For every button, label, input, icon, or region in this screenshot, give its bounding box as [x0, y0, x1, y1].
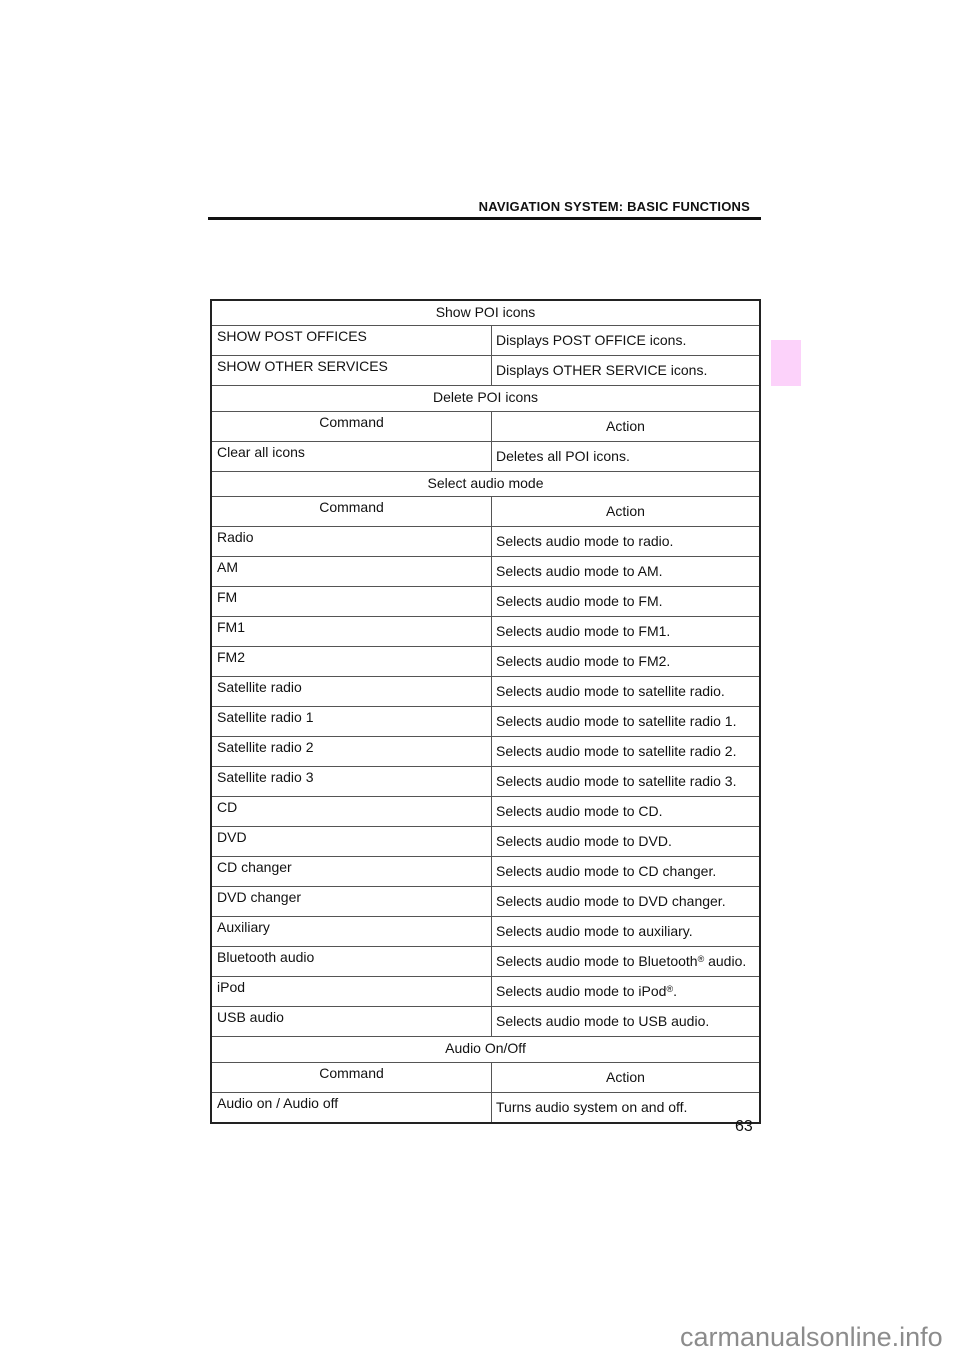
- column-header-command: Command: [211, 1062, 492, 1092]
- action-cell: Turns audio system on and off.: [492, 1092, 761, 1123]
- action-cell: Selects audio mode to FM.: [492, 587, 761, 617]
- table-row: RadioSelects audio mode to radio.: [211, 527, 760, 557]
- table-row: FMSelects audio mode to FM.: [211, 587, 760, 617]
- command-cell: AM: [211, 557, 492, 587]
- section-header-row: Select audio mode: [211, 471, 760, 496]
- action-cell: Displays POST OFFICE icons.: [492, 326, 761, 356]
- table-row: CDSelects audio mode to CD.: [211, 797, 760, 827]
- command-cell: FM: [211, 587, 492, 617]
- action-cell: Selects audio mode to satellite radio 3.: [492, 767, 761, 797]
- table-row: CD changerSelects audio mode to CD chang…: [211, 857, 760, 887]
- action-cell: Selects audio mode to satellite radio 1.: [492, 707, 761, 737]
- section-title: Show POI icons: [211, 300, 760, 326]
- header-rule: [208, 217, 761, 220]
- section-header-row: Show POI icons: [211, 300, 760, 326]
- command-cell: Bluetooth audio: [211, 947, 492, 977]
- column-header-action: Action: [492, 411, 761, 441]
- column-header-command: Command: [211, 497, 492, 527]
- command-cell: Auxiliary: [211, 917, 492, 947]
- action-cell: Selects audio mode to DVD changer.: [492, 887, 761, 917]
- column-header-action: Action: [492, 497, 761, 527]
- command-cell: DVD: [211, 827, 492, 857]
- table-row: iPodSelects audio mode to iPod®.: [211, 977, 760, 1007]
- action-cell: Displays OTHER SERVICE icons.: [492, 356, 761, 386]
- command-cell: USB audio: [211, 1007, 492, 1037]
- action-cell: Deletes all POI icons.: [492, 441, 761, 471]
- table-row: Audio on / Audio offTurns audio system o…: [211, 1092, 760, 1123]
- table-row: DVD changerSelects audio mode to DVD cha…: [211, 887, 760, 917]
- section-header-row: Delete POI icons: [211, 386, 760, 411]
- command-cell: iPod: [211, 977, 492, 1007]
- table-row: FM2Selects audio mode to FM2.: [211, 647, 760, 677]
- table-row: AMSelects audio mode to AM.: [211, 557, 760, 587]
- column-header-row: CommandAction: [211, 411, 760, 441]
- section-title: Delete POI icons: [211, 386, 760, 411]
- command-cell: SHOW OTHER SERVICES: [211, 356, 492, 386]
- action-cell: Selects audio mode to CD.: [492, 797, 761, 827]
- command-cell: Satellite radio: [211, 677, 492, 707]
- command-cell: Satellite radio 3: [211, 767, 492, 797]
- table-row: SHOW POST OFFICESDisplays POST OFFICE ic…: [211, 326, 760, 356]
- column-header-command: Command: [211, 411, 492, 441]
- command-cell: SHOW POST OFFICES: [211, 326, 492, 356]
- watermark: carmanualsonline.info: [680, 1322, 943, 1353]
- table-row: Satellite radio 3Selects audio mode to s…: [211, 767, 760, 797]
- action-cell: Selects audio mode to satellite radio 2.: [492, 737, 761, 767]
- command-cell: FM2: [211, 647, 492, 677]
- table-row: Bluetooth audioSelects audio mode to Blu…: [211, 947, 760, 977]
- table-row: DVDSelects audio mode to DVD.: [211, 827, 760, 857]
- action-cell: Selects audio mode to radio.: [492, 527, 761, 557]
- action-cell: Selects audio mode to FM1.: [492, 617, 761, 647]
- section-header-row: Audio On/Off: [211, 1037, 760, 1062]
- action-cell: Selects audio mode to USB audio.: [492, 1007, 761, 1037]
- table-row: AuxiliarySelects audio mode to auxiliary…: [211, 917, 760, 947]
- column-header-row: CommandAction: [211, 1062, 760, 1092]
- section-title: Audio On/Off: [211, 1037, 760, 1062]
- chapter-side-tab: [771, 340, 801, 386]
- table-row: Satellite radio 2Selects audio mode to s…: [211, 737, 760, 767]
- command-cell: CD: [211, 797, 492, 827]
- action-cell: Selects audio mode to AM.: [492, 557, 761, 587]
- column-header-action: Action: [492, 1062, 761, 1092]
- action-cell: Selects audio mode to DVD.: [492, 827, 761, 857]
- action-cell: Selects audio mode to auxiliary.: [492, 917, 761, 947]
- command-cell: Radio: [211, 527, 492, 557]
- command-cell: Satellite radio 1: [211, 707, 492, 737]
- action-cell: Selects audio mode to iPod®.: [492, 977, 761, 1007]
- command-cell: Clear all icons: [211, 441, 492, 471]
- action-cell: Selects audio mode to FM2.: [492, 647, 761, 677]
- command-cell: CD changer: [211, 857, 492, 887]
- command-cell: Satellite radio 2: [211, 737, 492, 767]
- action-cell: Selects audio mode to satellite radio.: [492, 677, 761, 707]
- column-header-row: CommandAction: [211, 497, 760, 527]
- command-cell: Audio on / Audio off: [211, 1092, 492, 1123]
- command-cell: FM1: [211, 617, 492, 647]
- action-cell: Selects audio mode to CD changer.: [492, 857, 761, 887]
- table-row: Satellite radioSelects audio mode to sat…: [211, 677, 760, 707]
- running-header-title: NAVIGATION SYSTEM: BASIC FUNCTIONS: [208, 199, 750, 214]
- table-row: FM1Selects audio mode to FM1.: [211, 617, 760, 647]
- command-table: Show POI iconsSHOW POST OFFICESDisplays …: [210, 299, 761, 1124]
- table-row: SHOW OTHER SERVICESDisplays OTHER SERVIC…: [211, 356, 760, 386]
- command-cell: DVD changer: [211, 887, 492, 917]
- section-title: Select audio mode: [211, 471, 760, 496]
- action-cell: Selects audio mode to Bluetooth® audio.: [492, 947, 761, 977]
- table-row: Clear all iconsDeletes all POI icons.: [211, 441, 760, 471]
- page-number: 63: [735, 1118, 753, 1136]
- table-row: USB audioSelects audio mode to USB audio…: [211, 1007, 760, 1037]
- table-row: Satellite radio 1Selects audio mode to s…: [211, 707, 760, 737]
